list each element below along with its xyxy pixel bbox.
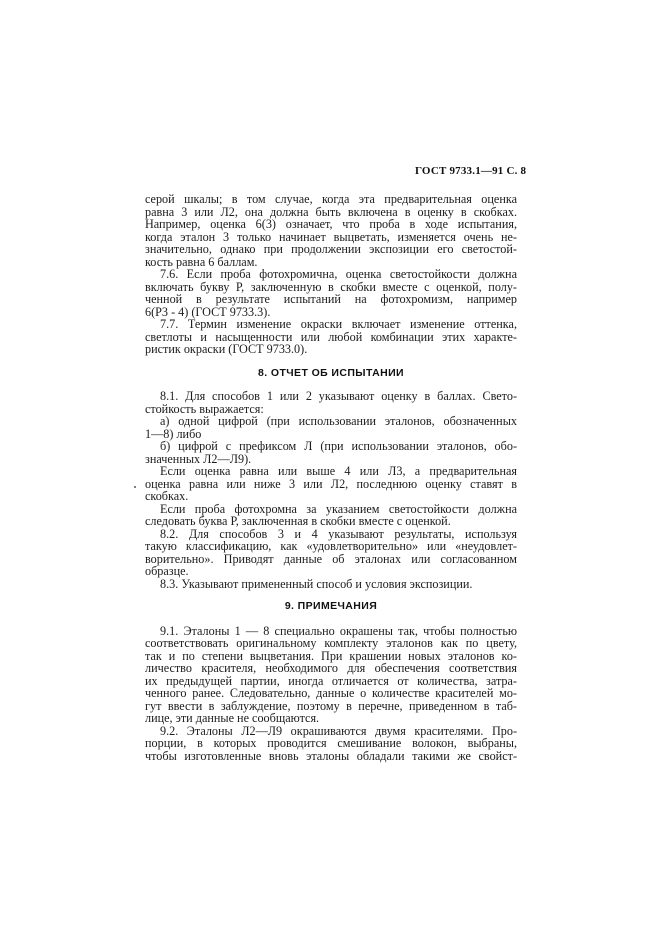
text-line: ворительно». Приводят данные об эталонах… [145, 553, 517, 565]
text-line: оценка равна или ниже 3 или Л2, последню… [145, 478, 517, 490]
text-line: чтобы изготовленные вновь эталоны облада… [145, 750, 517, 762]
text-line: такую классификацию, как «удовлетворител… [145, 540, 517, 552]
text-line: ченной в результате испытаний на фотохро… [145, 293, 517, 305]
text-line: соответствовать оригинальному комплекту … [145, 637, 517, 649]
list-item-b-line: б) цифрой с префиксом Л (при использован… [160, 440, 517, 452]
text-line: Например, оценка 6(3) означает, что проб… [145, 218, 517, 230]
paragraph-7-7-line: 7.7. Термин изменение окраски включает и… [160, 318, 517, 330]
running-header: ГОСТ 9733.1—91 С. 8 [415, 165, 526, 177]
text-line: Если оценка равна или выше 4 или Л3, а п… [160, 465, 517, 477]
text-line: ченного ранее. Следовательно, данные о к… [145, 687, 517, 699]
text-line: ристик окраски (ГОСТ 9733.0). [145, 343, 517, 355]
text-line: значительно, однако при продолжении эксп… [145, 243, 517, 255]
section-heading-8: 8. ОТЧЕТ ОБ ИСПЫТАНИИ [145, 367, 517, 379]
paragraph-7-6-line: 7.6. Если проба фотохромична, оценка све… [160, 268, 517, 280]
text-line: серой шкалы; в том случае, когда эта пре… [145, 193, 517, 205]
paragraph-8-1-line: 8.1. Для способов 1 или 2 указывают оцен… [160, 390, 517, 402]
text-line: следовать буква Р, заключенная в скобки … [145, 515, 517, 527]
text-line: скобках. [145, 490, 517, 502]
scan-artifact-dot [134, 486, 136, 488]
text-line: лице, эти данные не сообщаются. [145, 712, 517, 724]
text-line: порции, в которых проводится смешивание … [145, 737, 517, 749]
paragraph-8-3-line: 8.3. Указывают примененный способ и усло… [160, 578, 517, 590]
section-heading-9: 9. ПРИМЕЧАНИЯ [145, 600, 517, 612]
list-item-a-line: а) одной цифрой (при использовании этало… [160, 415, 517, 427]
document-page: ГОСТ 9733.1—91 С. 8 серой шкалы; в том с… [0, 0, 661, 935]
text-line: личество красителя, необходимого для обе… [145, 662, 517, 674]
text-line: образце. [145, 565, 517, 577]
